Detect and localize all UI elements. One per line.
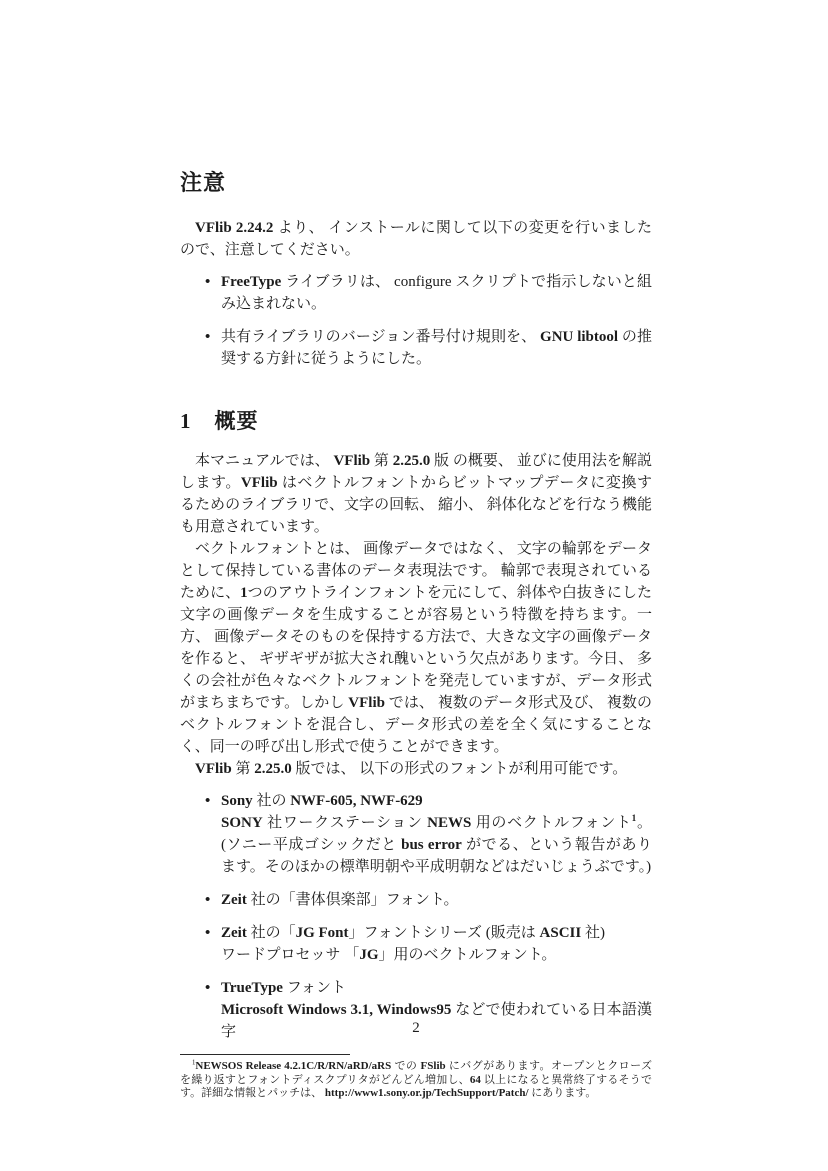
notice-intro-paragraph: VFlib 2.24.2 より、 インストールに関して以下の変更を行いましたので… <box>180 217 652 261</box>
notice-bullet-list: FreeType ライブラリは、 configure スクリプトで指示しないと組… <box>180 271 652 370</box>
list-item-line: TrueType フォント <box>221 977 652 999</box>
paragraph: 本マニュアルでは、 VFlib 第 2.25.0 版 の概要、 並びに使用法を解… <box>180 450 652 538</box>
document-page: 注意 VFlib 2.24.2 より、 インストールに関して以下の変更を行いまし… <box>0 0 828 1171</box>
list-item: FreeType ライブラリは、 configure スクリプトで指示しないと組… <box>180 271 652 315</box>
list-item-line: ワードプロセッサ 「JG」用のベクトルフォント。 <box>221 944 652 966</box>
paragraph: VFlib 第 2.25.0 版では、 以下の形式のフォントが利用可能です。 <box>180 758 652 780</box>
list-item-line: Sony 社の NWF-605, NWF-629 <box>221 790 652 812</box>
section-title: 概要 <box>215 410 259 433</box>
page-content: 注意 VFlib 2.24.2 より、 インストールに関して以下の変更を行いまし… <box>180 166 652 1101</box>
notice-heading: 注意 <box>180 166 652 197</box>
footnote: 1NEWSOS Release 4.2.1C/R/RN/aRD/aRS での F… <box>180 1054 652 1101</box>
footnote-rule <box>180 1054 350 1055</box>
list-item-line: Zeit 社の「書体倶楽部」フォント。 <box>221 889 652 911</box>
list-item-line: FreeType ライブラリは、 configure スクリプトで指示しないと組… <box>221 271 652 315</box>
list-item: Sony 社の NWF-605, NWF-629 SONY 社ワークステーション… <box>180 790 652 878</box>
paragraph: ベクトルフォントとは、 画像データではなく、 文字の輪郭をデータとして保持してい… <box>180 538 652 758</box>
section-number: 1 <box>180 409 191 433</box>
font-format-list: Sony 社の NWF-605, NWF-629 SONY 社ワークステーション… <box>180 790 652 1043</box>
list-item-line: 共有ライブラリのバージョン番号付け規則を、 GNU libtool の推奨する方… <box>221 326 652 370</box>
list-item: Zeit 社の「JG Font」フォントシリーズ (販売は ASCII 社) ワ… <box>180 922 652 966</box>
list-item-line: Zeit 社の「JG Font」フォントシリーズ (販売は ASCII 社) <box>221 922 652 944</box>
page-number: 2 <box>180 1020 652 1037</box>
section-heading: 1概要 <box>180 405 652 435</box>
list-item-line: SONY 社ワークステーション NEWS 用のベクトルフォント1。(ソニー平成ゴ… <box>221 812 652 878</box>
list-item: Zeit 社の「書体倶楽部」フォント。 <box>180 889 652 911</box>
list-item: 共有ライブラリのバージョン番号付け規則を、 GNU libtool の推奨する方… <box>180 326 652 370</box>
footnote-text: 1NEWSOS Release 4.2.1C/R/RN/aRD/aRS での F… <box>180 1060 652 1101</box>
